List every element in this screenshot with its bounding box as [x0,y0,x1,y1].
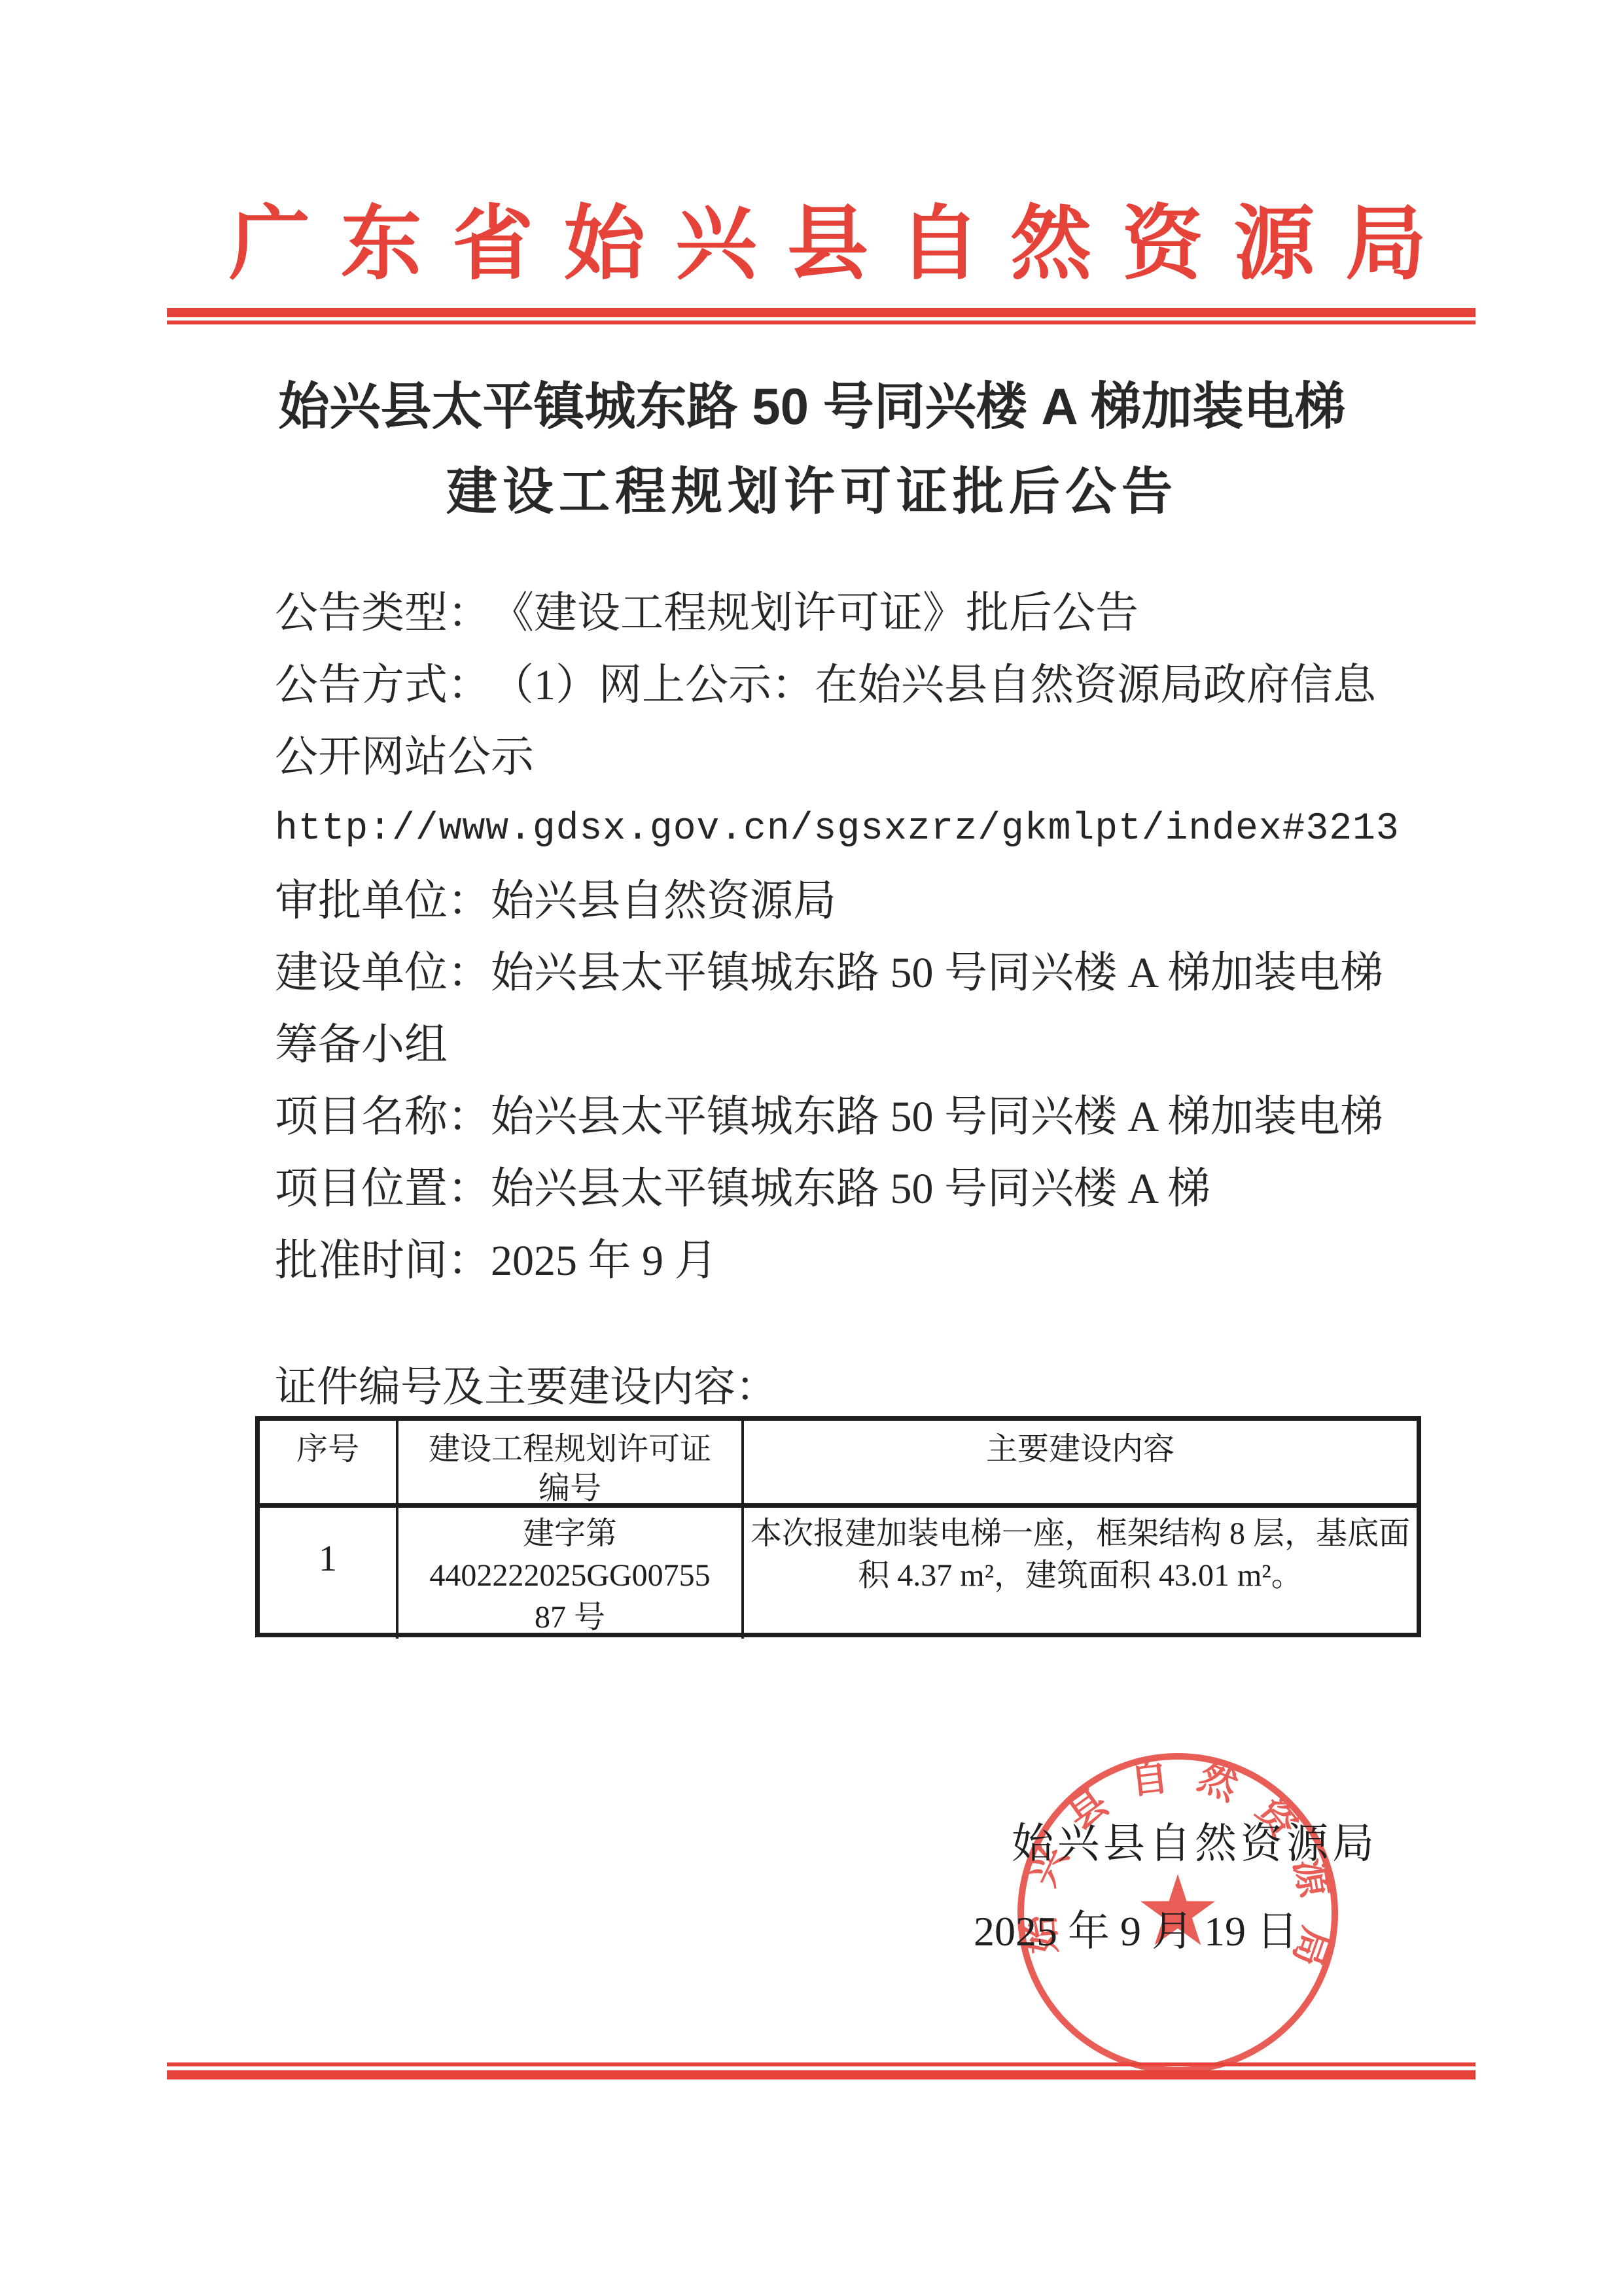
table-caption: 证件编号及主要建设内容： [275,1365,777,1410]
letterhead-agency-char: 东 [341,204,422,285]
letterhead-agency-char: 自 [899,204,980,285]
body-line: 审批单位：始兴县自然资源局 [275,865,1439,937]
document-title: 始兴县太平镇城东路 50 号同兴楼 A 梯加装电梯 建设工程规划许可证批后公告 [0,364,1624,534]
body-line: 项目名称：始兴县太平镇城东路 50 号同兴楼 A 梯加装电梯 [275,1081,1439,1153]
letterhead-agency-char: 省 [452,204,533,285]
body-line: 公告方式： （1）网上公示：在始兴县自然资源局政府信息 [275,650,1439,722]
body-line: 公告类型： 《建设工程规划许可证》批后公告 [275,578,1439,650]
body-line: 项目位置：始兴县太平镇城东路 50 号同兴楼 A 梯 [275,1153,1439,1225]
table-row: 1 建字第4402222025GG0075587 号 本次报建加装电梯一座，框架… [260,1508,1417,1639]
content-line: 积 4.37 m²，建筑面积 43.01 m²。 [744,1555,1417,1597]
header-cert-line: 编号 [398,1469,741,1508]
body-line: 公开网站公示 [275,722,1439,793]
announcement-body: 公告类型： 《建设工程规划许可证》批后公告公告方式： （1）网上公示：在始兴县自… [275,578,1439,1297]
body-line: http://www.gdsx.gov.cn/sgsxzrz/gkmlpt/in… [275,793,1439,865]
signature-date: 2025 年 9 月 19 日 [974,1909,1298,1955]
row-cell-content: 本次报建加装电梯一座，框架结构 8 层，基底面积 4.37 m²，建筑面积 43… [744,1508,1417,1639]
letterhead-rule-thin [167,321,1475,324]
cert-number-line: 4402222025GG00755 [398,1555,741,1597]
signature-agency: 始兴县自然资源局 [1012,1821,1378,1867]
body-line: 建设单位：始兴县太平镇城东路 50 号同兴楼 A 梯加装电梯 [275,937,1439,1009]
document-title-line1: 始兴县太平镇城东路 50 号同兴楼 A 梯加装电梯 [0,364,1624,449]
announcement-document: 广东省始兴县自然资源局 始兴县太平镇城东路 50 号同兴楼 A 梯加装电梯 建设… [0,0,1624,2296]
letterhead-agency-char: 县 [787,204,868,285]
letterhead-agency-char: 始 [564,204,645,285]
body-line: 筹备小组 [275,1009,1439,1081]
header-cert-line: 建设工程规划许可证 [398,1430,741,1469]
letterhead-agency-char: 兴 [675,204,756,285]
cert-number-line: 87 号 [398,1597,741,1639]
body-line: 批准时间：2025 年 9 月 [275,1225,1439,1297]
letterhead-agency-char: 源 [1233,204,1315,285]
letterhead-agency: 广东省始兴县自然资源局 [229,204,1426,285]
letterhead-agency-char: 广 [229,204,310,285]
letterhead-agency-char: 资 [1122,204,1203,285]
header-cell-cert: 建设工程规划许可证编号 [398,1421,744,1503]
footer-rule-thick [167,2070,1475,2079]
permits-table: 序号 建设工程规划许可证编号 主要建设内容 1 建字第4402222025GG0… [255,1416,1421,1637]
header-cell-content: 主要建设内容 [744,1421,1417,1503]
seal-ring-text: 始兴县自然资源局 [1017,1752,1339,1995]
content-line: 本次报建加装电梯一座，框架结构 8 层，基底面 [744,1513,1417,1555]
header-cell-no: 序号 [260,1421,398,1503]
document-title-line2: 建设工程规划许可证批后公告 [0,449,1624,534]
row-cell-cert: 建字第4402222025GG0075587 号 [398,1508,744,1639]
letterhead-agency-char: 然 [1010,204,1091,285]
table-header-row: 序号 建设工程规划许可证编号 主要建设内容 [260,1421,1417,1508]
row-cell-no: 1 [260,1508,398,1639]
footer-rule-thin [167,2062,1475,2066]
letterhead-rule-thick [167,308,1475,317]
cert-number-line: 建字第 [398,1513,741,1555]
letterhead-agency-char: 局 [1345,204,1426,285]
